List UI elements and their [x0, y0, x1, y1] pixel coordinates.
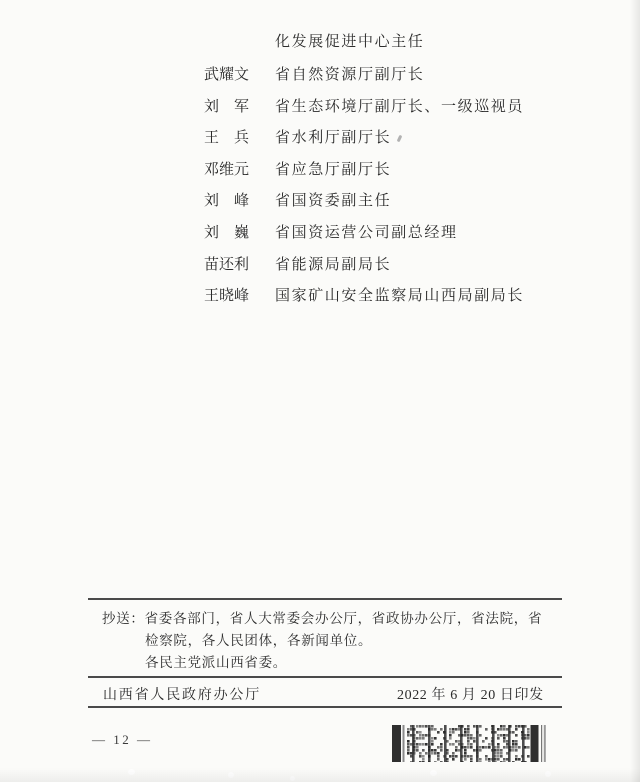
barcode	[392, 725, 547, 762]
issuing-office: 山西省人民政府办公厅	[103, 684, 261, 704]
appointee-name: 刘 巍	[204, 221, 252, 242]
footer-rule	[88, 706, 562, 708]
appointee-name: 武耀文	[204, 63, 252, 84]
cc-line: 检察院，各人民团体，各新闻单位。	[145, 629, 372, 649]
cc-line: 各民主党派山西省委。	[145, 651, 287, 671]
appointee-position: 省能源局副局长	[275, 253, 391, 274]
appointee-position: 省国资运营公司副总经理	[275, 221, 458, 242]
appointment-row: 刘 巍省国资运营公司副总经理	[204, 221, 252, 238]
print-date: 2022 年 6 月 20 日印发	[397, 684, 544, 704]
appointee-position: 省自然资源厅副厅长	[275, 63, 424, 84]
appointee-name: 刘 军	[204, 95, 252, 116]
cc-text: 各民主党派山西省委。	[145, 655, 287, 670]
cc-text: 检察院，各人民团体，各新闻单位。	[145, 633, 372, 648]
appointment-row: 王 兵省水利厅副厅长	[204, 126, 252, 143]
appointee-position: 省应急厅副厅长	[275, 158, 391, 179]
document-page: 化发展促进中心主任 武耀文省自然资源厅副厅长刘 军省生态环境厅副厅长、一级巡视员…	[0, 0, 640, 782]
scan-speck	[397, 135, 403, 143]
scan-edge-right	[630, 0, 640, 782]
appointee-name: 苗还利	[204, 253, 252, 274]
cc-label: 抄送：	[102, 611, 145, 626]
cc-line: 抄送：省委各部门，省人大常委会办公厅，省政协办公厅，省法院，省	[102, 607, 542, 627]
appointment-row: 刘 峰省国资委副主任	[204, 189, 252, 206]
appointment-row: 邓维元省应急厅副厅长	[204, 158, 252, 175]
appointee-position: 国家矿山安全监察局山西局副局长	[275, 284, 524, 305]
cc-top-rule	[88, 598, 562, 600]
appointment-row: 刘 军省生态环境厅副厅长、一级巡视员	[204, 95, 252, 112]
appointee-name: 刘 峰	[204, 189, 252, 210]
continuation-line: 化发展促进中心主任	[275, 30, 424, 51]
appointee-name: 王晓峰	[204, 284, 252, 305]
cc-text: 省委各部门，省人大常委会办公厅，省政协办公厅，省法院，省	[145, 611, 543, 626]
page-number: — 12 —	[92, 732, 153, 748]
cc-bottom-rule	[88, 676, 562, 678]
appointee-position: 省生态环境厅副厅长、一级巡视员	[275, 95, 524, 116]
appointee-position: 省水利厅副厅长	[275, 126, 391, 147]
appointee-position: 省国资委副主任	[275, 189, 391, 210]
appointment-row: 苗还利省能源局副局长	[204, 253, 252, 270]
appointee-name: 王 兵	[204, 126, 252, 147]
appointment-row: 王晓峰国家矿山安全监察局山西局副局长	[204, 284, 252, 301]
appointment-row: 武耀文省自然资源厅副厅长	[204, 63, 252, 80]
appointee-name: 邓维元	[204, 158, 252, 179]
scan-edge-bottom	[0, 768, 640, 782]
